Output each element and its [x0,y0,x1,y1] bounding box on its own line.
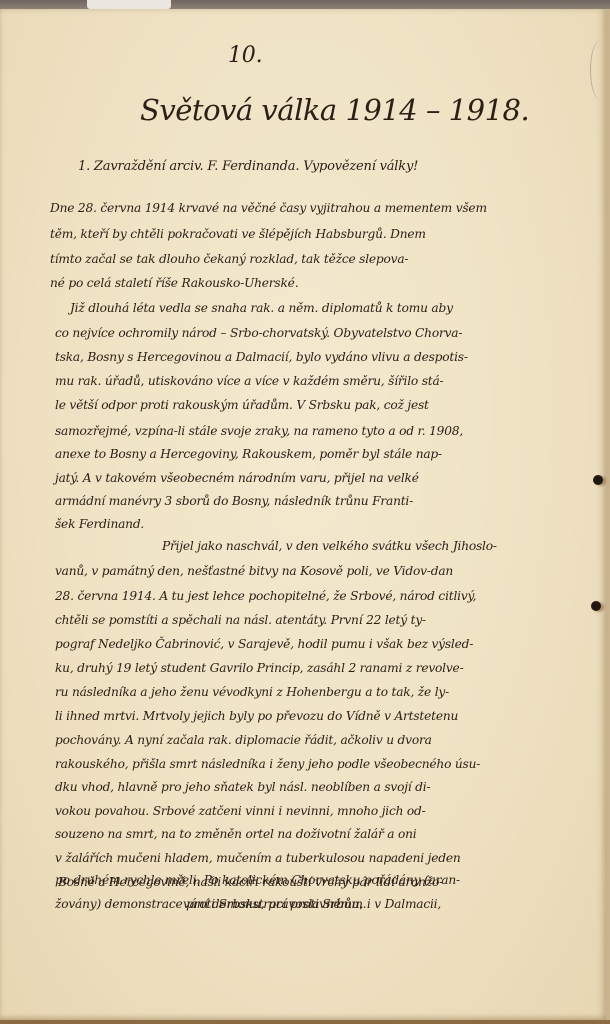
text-line: Bosně a Hercegovině, našli kacíři rakouš… [58,876,443,888]
text-line: né po celá staletí říše Rakousko-Uherské… [50,277,298,289]
text-line: anexe to Bosny a Hercegoviny, Rakouskem,… [55,448,442,460]
text-line: Již dlouhá léta vedla se snaha rak. a ně… [70,302,453,314]
text-line: ku, druhý 19 letý student Gavrilo Princi… [55,662,463,674]
text-line: pochovány. A nyní začala rak. diplomacie… [55,734,432,746]
text-line: vanů, v památný den, nešťastné bitvy na … [55,565,453,577]
text-line: těm, kteří by chtěli pokračovati ve šlép… [50,228,426,240]
page-edge [606,9,610,1020]
text-line: samozřejmé, vzpína-li stále svoje zraky,… [55,425,463,437]
page-title: Světová válka 1914 – 1918. [140,93,529,127]
text-line: vokou povahou. Srbové zatčeni vinni i ne… [55,805,426,817]
text-line: tska, Bosny s Hercegovinou a Dalmacií, b… [55,351,468,363]
page-number: 10. [228,43,262,68]
text-line: pograf Nedeljko Čabrinović, v Sarajevě, … [55,638,473,650]
section-heading: 1. Zavraždění arciv. F. Ferdinanda. Vypo… [78,159,418,174]
text-line: jatý. A v takovém všeobecném národním va… [55,472,419,484]
text-line: le větší odpor proti rakouským úřadům. V… [55,399,429,411]
binder-clip [87,0,171,9]
text-line: co nejvíce ochromily národ – Srbo-chorva… [55,327,462,339]
text-line: šek Ferdinand. [55,518,144,530]
scanner-bottom-edge [0,1020,610,1024]
text-line: tímto začal se tak dlouho čekaný rozklad… [50,253,408,265]
text-line: Dne 28. června 1914 krvavé na věčné časy… [50,202,487,214]
scanned-page-view: 10. Světová válka 1914 – 1918. 1. Zavraž… [0,0,610,1024]
faint-stamp-mark [590,40,610,100]
text-line: armádní manévry 3 sborů do Bosny, násled… [55,495,413,507]
text-line: dku vhod, hlavně pro jeho sňatek byl nás… [55,781,430,793]
text-line: rakouského, přišla smrt následníka i žen… [55,758,480,770]
text-line: ru následníka a jeho ženu vévodkyni z Ho… [55,686,449,698]
punch-hole-lower [591,601,601,611]
text-line: 28. června 1914. A tu jest lehce pochopi… [55,590,476,602]
text-line: souzeno na smrt, na to změněn ortel na d… [55,828,417,840]
text-line: li ihned mrtvi. Mrtvoly jejich byly po p… [55,710,458,722]
text-line: Přijel jako naschvál, v den velkého svát… [162,540,497,552]
punch-hole-upper [593,475,603,485]
text-line: v žalářích mučeni hladem, mučením a tube… [55,852,461,864]
text-line: chtěli se pomstíti a spěchali na násl. a… [55,614,426,626]
text-line: vání demonstrací proti Srbům. [183,898,366,910]
text-line: mu rak. úřadů, utiskováno více a více v … [55,375,443,387]
